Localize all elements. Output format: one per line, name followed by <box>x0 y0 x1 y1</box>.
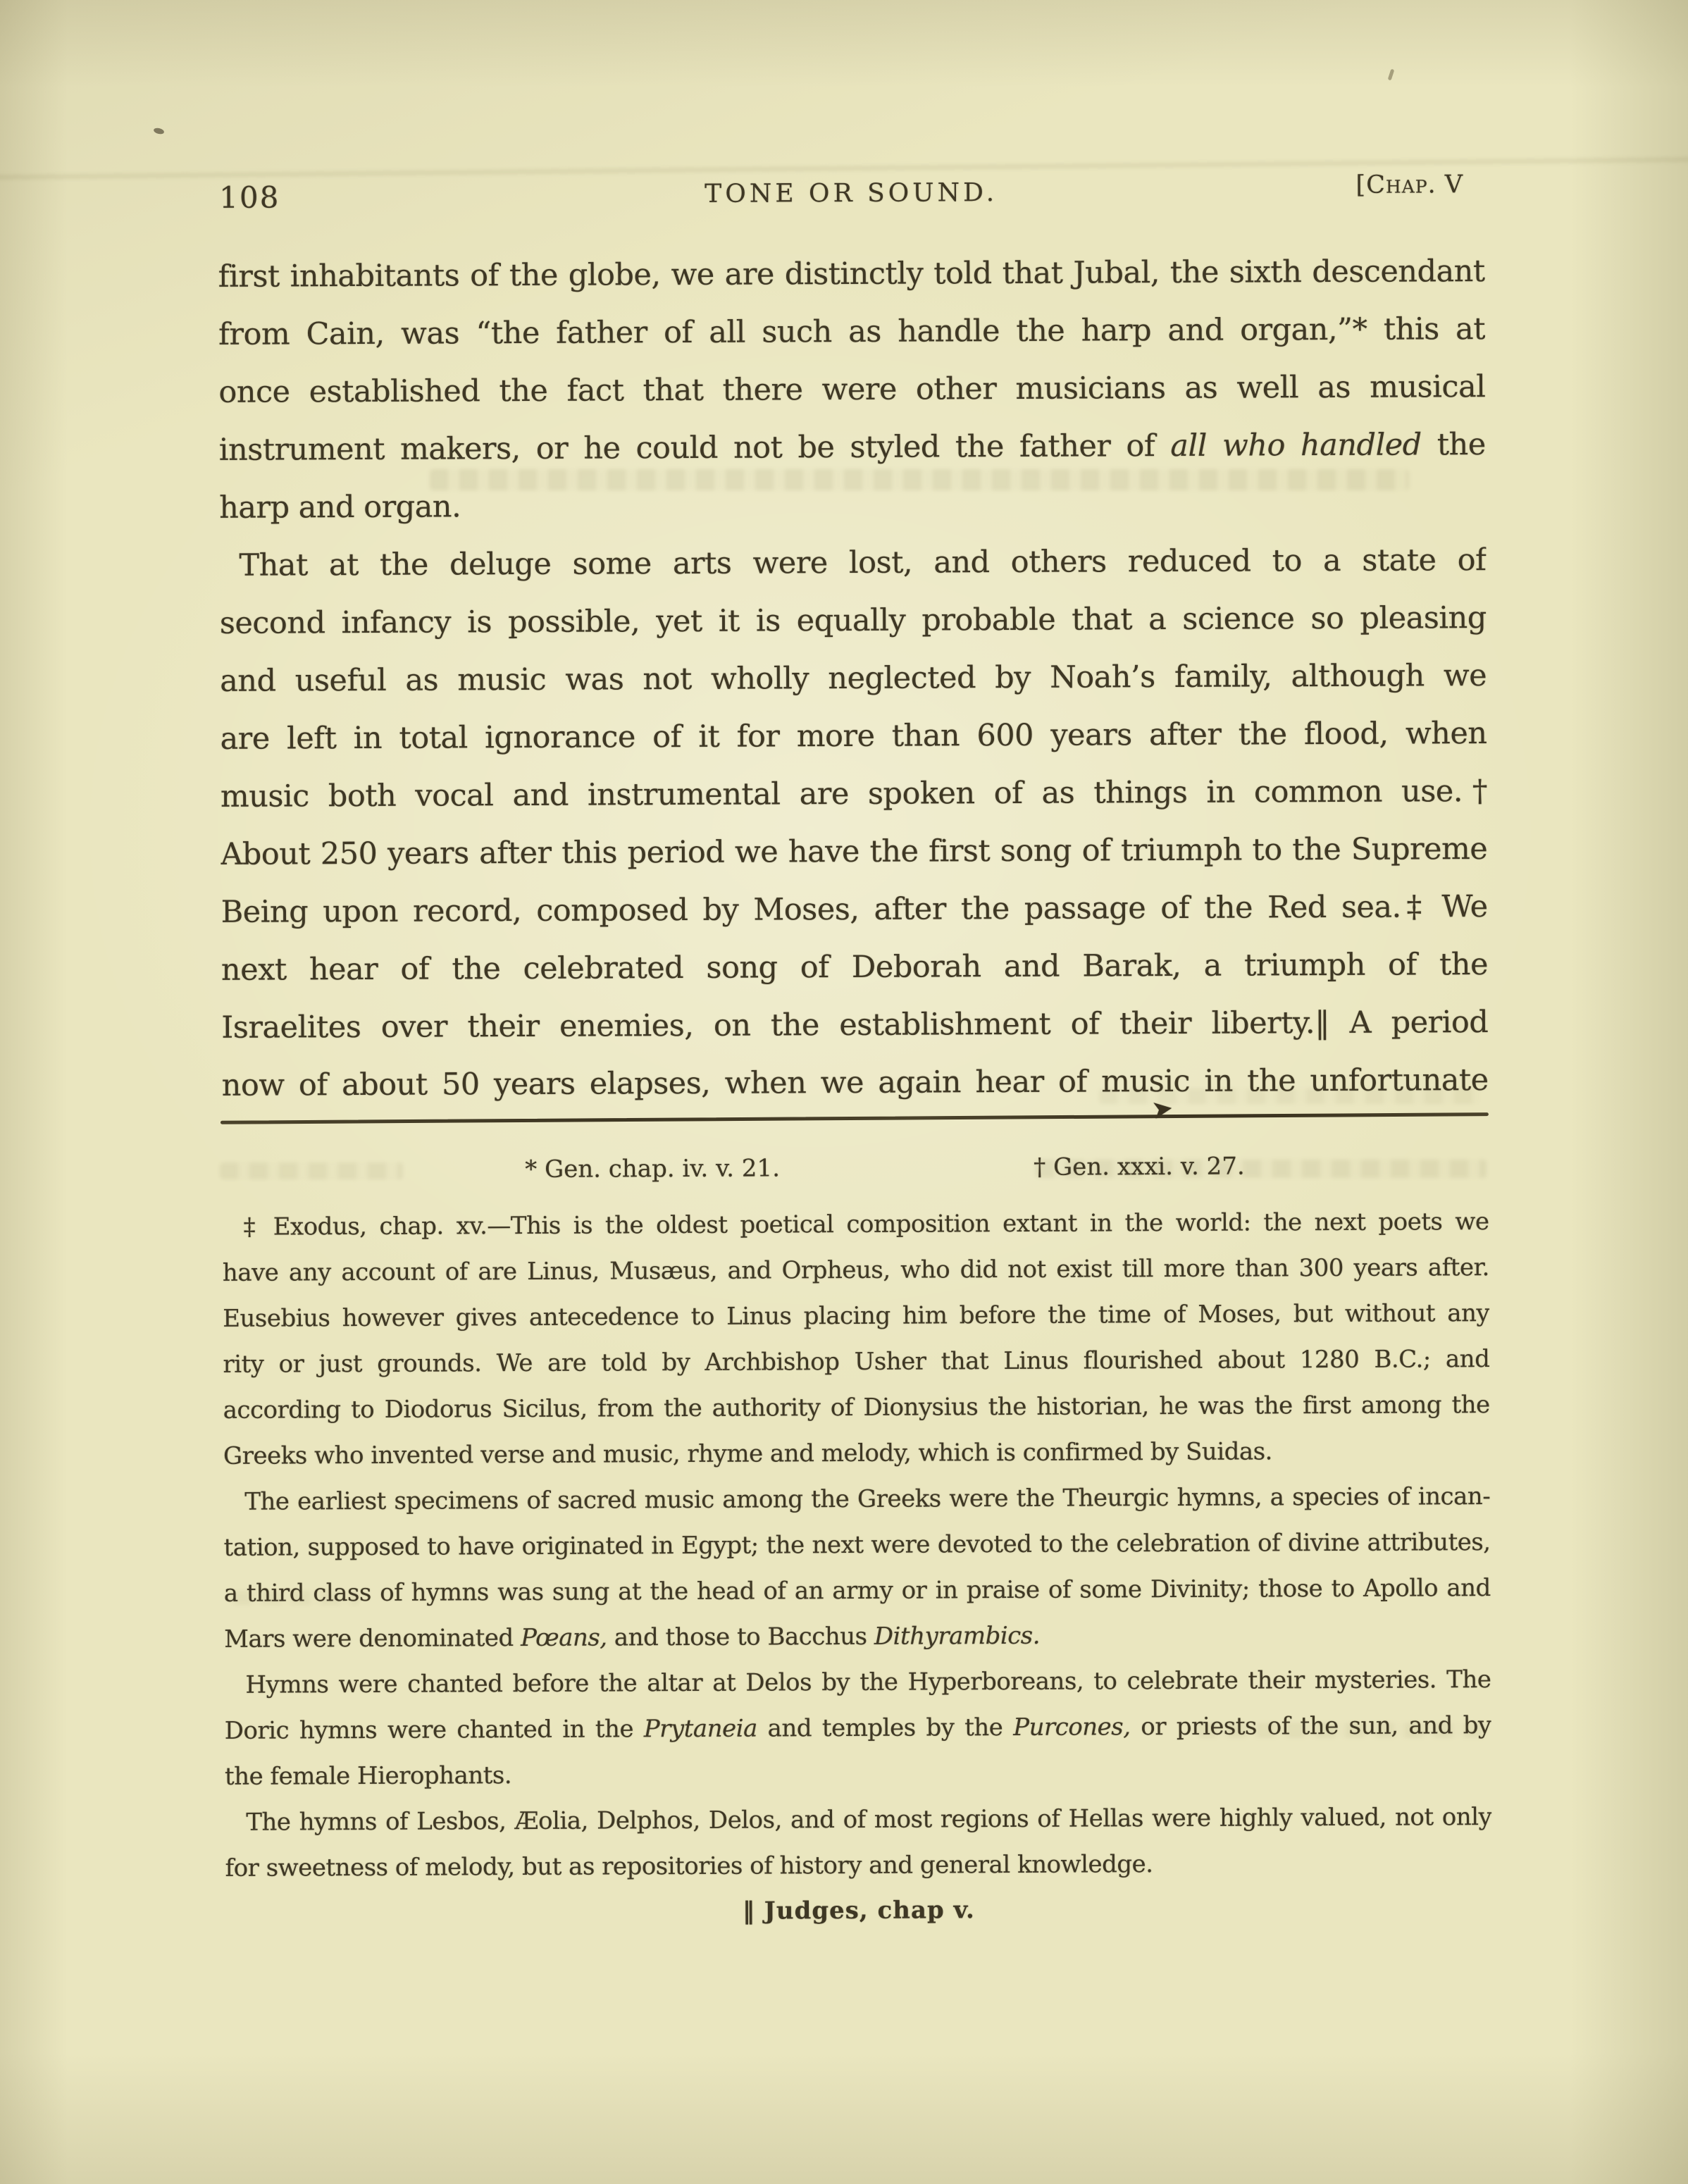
text-segment: a third class of hymns was sung at the h… <box>224 1574 1491 1608</box>
text-segment: now of about 50 years elapses, when we a… <box>222 1062 1489 1103</box>
text-line: Hymns were chanted before the altar at D… <box>224 1657 1491 1708</box>
text-segment: music both vocal and instrumental are sp… <box>221 774 1487 814</box>
page-header: 108 TONE OR SOUND. [Chap. V <box>218 165 1484 220</box>
text-line: tation, supposed to have originated in E… <box>223 1520 1490 1571</box>
text-segment: rity or just grounds. We are told by Arc… <box>223 1345 1489 1379</box>
text-segment: About 250 years after this period we hav… <box>221 831 1487 872</box>
italic-text: all who handled <box>1170 427 1422 464</box>
text-segment: and temples by the <box>757 1713 1014 1743</box>
italic-text: Prytaneia <box>644 1715 757 1744</box>
text-segment: have any account of are Linus, Musæus, a… <box>223 1253 1489 1287</box>
paragraph: Hymns were chanted before the altar at D… <box>224 1657 1491 1800</box>
text-line: now of about 50 years elapses, when we a… <box>222 1051 1489 1115</box>
text-segment: Greeks who invented verse and music, rhy… <box>223 1437 1272 1470</box>
italic-text: Purcones, <box>1013 1713 1131 1742</box>
paragraph: ‡ Exodus, chap. xv.—This is the oldest p… <box>222 1199 1490 1479</box>
text-line: The earliest specimens of sacred music a… <box>223 1474 1490 1525</box>
text-segment: from Cain, was “the father of all such a… <box>218 311 1485 352</box>
footnote-divider <box>221 1112 1489 1124</box>
text-segment: second infancy is possible, yet it is eq… <box>220 600 1487 641</box>
text-line: Mars were denominated Pœans, and those t… <box>224 1611 1491 1663</box>
text-line: for sweetness of melody, but as reposito… <box>225 1840 1491 1892</box>
text-line: first inhabitants of the globe, we are d… <box>218 242 1485 306</box>
text-segment: The earliest specimens of sacred music a… <box>244 1482 1490 1516</box>
paragraph: The hymns of Lesbos, Æolia, Delphos, Del… <box>225 1794 1492 1892</box>
footnote-refs: * Gen. chap. iv. v. 21. † Gen. xxxi. v. … <box>222 1151 1489 1199</box>
footnote-ref-genesis-iv: * Gen. chap. iv. v. 21. <box>525 1154 780 1184</box>
paragraph: That at the deluge some arts were lost, … <box>219 531 1489 1115</box>
text-segment: Hymns were chanted before the altar at D… <box>245 1665 1491 1699</box>
text-segment: or priests of the sun, and by <box>1130 1711 1491 1741</box>
text-line: next hear of the celebrated song of Debo… <box>221 936 1488 999</box>
book-page-scan: 108 TONE OR SOUND. [Chap. V first inhabi… <box>0 0 1688 2184</box>
text-segment: Mars were denominated <box>224 1624 521 1653</box>
text-segment: and useful as music was not wholly negle… <box>220 658 1487 699</box>
text-line: according to Diodorus Sicilus, from the … <box>223 1382 1490 1434</box>
text-segment: Being upon record, composed by Moses, af… <box>221 889 1488 930</box>
text-segment: That at the deluge some arts were lost, … <box>239 542 1486 583</box>
text-line: a third class of hymns was sung at the h… <box>224 1565 1491 1617</box>
text-line: music both vocal and instrumental are sp… <box>221 762 1487 826</box>
text-segment: the female Hierophants. <box>225 1761 511 1791</box>
text-line: have any account of are Linus, Musæus, a… <box>223 1245 1489 1296</box>
text-segment: once established the fact that there wer… <box>218 369 1485 410</box>
paragraph: The earliest specimens of sacred music a… <box>223 1474 1491 1663</box>
text-segment: and those to Bacchus <box>607 1623 874 1652</box>
text-segment: first inhabitants of the globe, we are d… <box>218 254 1485 294</box>
text-line: harp and organ. <box>219 473 1486 537</box>
text-line: second infancy is possible, yet it is eq… <box>220 589 1487 652</box>
text-segment: the <box>1422 427 1486 462</box>
text-segment: instrument makers, or he could not be st… <box>219 428 1171 468</box>
italic-text: Dithyrambics. <box>874 1622 1040 1651</box>
body-text: first inhabitants of the globe, we are d… <box>218 242 1489 1115</box>
footnote-judges: ‖ Judges, chap v. <box>225 1894 1492 1928</box>
text-segment: The hymns of Lesbos, Æolia, Delphos, Del… <box>246 1803 1491 1837</box>
text-line: Being upon record, composed by Moses, af… <box>221 878 1487 941</box>
text-line: The hymns of Lesbos, Æolia, Delphos, Del… <box>225 1794 1491 1846</box>
text-line: Doric hymns were chanted in the Prytanei… <box>225 1703 1491 1754</box>
arrow-mark: ➤ <box>1150 1093 1175 1125</box>
text-line: rity or just grounds. We are told by Arc… <box>223 1336 1489 1388</box>
running-title: TONE OR SOUND. <box>218 176 1484 211</box>
text-segment: are left in total ignorance of it for mo… <box>220 716 1487 757</box>
text-line: and useful as music was not wholly negle… <box>220 647 1487 710</box>
text-line: instrument makers, or he could not be st… <box>219 416 1486 479</box>
text-line: the female Hierophants. <box>225 1749 1491 1800</box>
text-line: from Cain, was “the father of all such a… <box>218 300 1485 364</box>
text-line: ‡ Exodus, chap. xv.—This is the oldest p… <box>222 1199 1489 1251</box>
text-segment: according to Diodorus Sicilus, from the … <box>223 1391 1490 1425</box>
text-segment: Eusebius however gives antecedence to Li… <box>223 1299 1489 1342</box>
text-segment: next hear of the celebrated song of Debo… <box>221 947 1488 988</box>
text-segment: tation, supposed to have originated in E… <box>223 1528 1490 1562</box>
text-segment: Israelites over their enemies, on the es… <box>221 1005 1488 1046</box>
footnote-ref-genesis-xxxi: † Gen. xxxi. v. 27. <box>1034 1153 1245 1181</box>
text-segment: for sweetness of melody, but as reposito… <box>225 1850 1153 1882</box>
text-segment: ‡ Exodus, chap. xv.—This is the oldest p… <box>244 1208 1489 1241</box>
text-line: That at the deluge some arts were lost, … <box>219 531 1486 595</box>
text-line: are left in total ignorance of it for mo… <box>220 705 1487 768</box>
text-line: once established the fact that there wer… <box>218 358 1485 421</box>
text-line: About 250 years after this period we hav… <box>221 820 1487 883</box>
text-line: Greeks who invented verse and music, rhy… <box>223 1428 1490 1479</box>
footnotes-text: ‡ Exodus, chap. xv.—This is the oldest p… <box>222 1199 1491 1892</box>
text-segment: harp and organ. <box>219 489 461 525</box>
text-line: Eusebius however gives antecedence to Li… <box>223 1291 1489 1342</box>
text-segment: Doric hymns were chanted in the <box>225 1715 644 1745</box>
page-content: 108 TONE OR SOUND. [Chap. V first inhabi… <box>0 0 1688 2184</box>
paragraph: first inhabitants of the globe, we are d… <box>218 242 1487 537</box>
chapter-marker: [Chap. V <box>1355 170 1463 199</box>
italic-text: Pœans, <box>521 1623 607 1652</box>
text-line: Israelites over their enemies, on the es… <box>221 993 1488 1057</box>
